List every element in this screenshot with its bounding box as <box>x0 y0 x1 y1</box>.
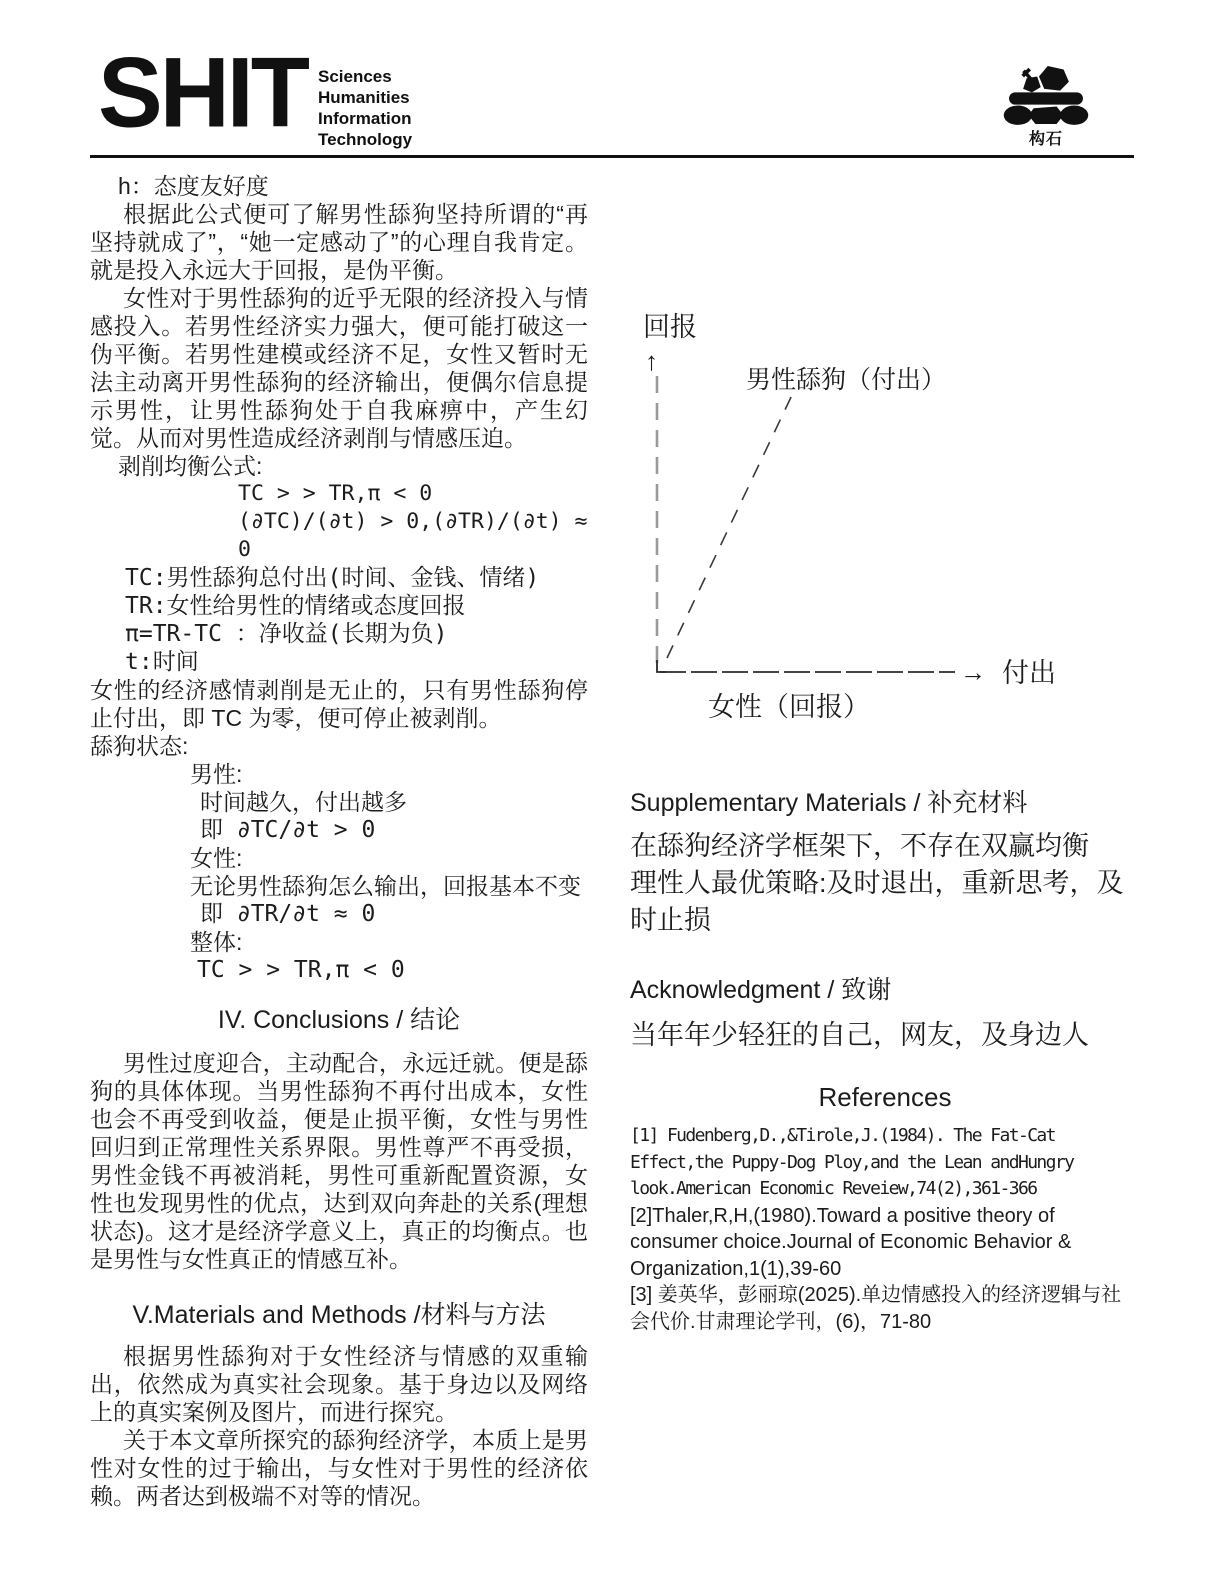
conclusions-heading: IV. Conclusions / 结论 <box>90 1005 588 1035</box>
definition-pi: π=TR-TC ：净收益(长期为负) <box>90 620 588 648</box>
definition-tc: TC:男性舔狗总付出(时间、金钱、情绪) <box>90 564 588 592</box>
status-female-label: 女性: <box>90 844 588 872</box>
paragraph-formula-insight: 根据此公式便可了解男性舔狗坚持所谓的“再坚持就成了”，“她一定感动了”的心理自我… <box>90 200 588 284</box>
chart-series-female-label: 女性（回报） <box>708 692 870 722</box>
header-divider <box>90 155 1134 158</box>
stone-cairn-icon <box>1002 64 1090 126</box>
chart-series-male-line <box>667 393 793 658</box>
paragraph-female-investment: 女性对于男性舔狗的近乎无限的经济投入与情感投入。若男性经济实力强大，便可能打破这… <box>90 284 588 452</box>
publisher-seal-label: 构石 <box>1000 126 1092 149</box>
formula-line-1: TC > > TR,π < 0 <box>90 480 588 508</box>
chart-y-axis-arrow-icon: ↑ <box>645 346 658 376</box>
publisher-seal: 构石 <box>1000 64 1092 149</box>
references-heading: References <box>630 1082 1140 1113</box>
conclusions-body: 男性过度迎合，主动配合，永远迁就。便是舔狗的具体体现。当男性舔狗不再付出成本，女… <box>90 1049 588 1273</box>
supplementary-line: 在舔狗经济学框架下，不存在双赢均衡 <box>630 828 1140 865</box>
left-column: h：态度友好度 根据此公式便可了解男性舔狗坚持所谓的“再坚持就成了”，“她一定感… <box>90 172 588 1510</box>
status-overall-formula: TC > > TR,π < 0 <box>90 956 588 984</box>
chart-series-male-label: 男性舔狗（付出） <box>746 366 946 394</box>
tagline-line: Technology <box>318 129 412 150</box>
methods-paragraph-1: 根据男性舔狗对于女性经济与情感的双重输出，依然成为真实社会现象。基于身边以及网络… <box>90 1342 588 1426</box>
tagline-line: Information <box>318 108 412 129</box>
reference-item: [2]Thaler,R,H,(1980).Toward a positive t… <box>630 1203 1140 1283</box>
status-male-desc: 时间越久，付出越多 <box>90 788 588 816</box>
right-column: 回报 ↑ 男性舔狗（付出） → 付出 女性（回报） Supplementary … <box>630 300 1140 1335</box>
status-female-formula: 即 ∂TR/∂t ≈ 0 <box>90 900 588 928</box>
tagline-line: Humanities <box>318 87 412 108</box>
definition-t: t:时间 <box>90 648 588 676</box>
journal-logo: SHIT <box>98 43 307 142</box>
chart-origin-corner <box>657 660 666 672</box>
variable-definition-h: h：态度友好度 <box>90 172 588 200</box>
status-label: 舔狗状态: <box>90 732 588 760</box>
definition-tr: TR:女性给男性的情绪或态度回报 <box>90 592 588 620</box>
paper-page: SHIT Sciences Humanities Information Tec… <box>0 0 1224 1584</box>
supplementary-line: 理性人最优策略:及时退出，重新思考，及时止损 <box>630 865 1140 939</box>
acknowledgment-body: 当年年少轻狂的自己，网友，及身边人 <box>630 1017 1140 1054</box>
tagline-line: Sciences <box>318 66 412 87</box>
status-overall-label: 整体: <box>90 928 588 956</box>
status-male-label: 男性: <box>90 760 588 788</box>
status-male-formula: 即 ∂TC/∂t > 0 <box>90 816 588 844</box>
payoff-return-chart: 回报 ↑ 男性舔狗（付出） → 付出 女性（回报） <box>630 300 1140 730</box>
reference-item: [1] Fudenberg,D.,&Tirole,J.(1984). The F… <box>630 1123 1140 1203</box>
acknowledgment-heading: Acknowledgment / 致谢 <box>630 975 1140 1005</box>
methods-paragraph-2: 关于本文章所探究的舔狗经济学，本质上是男性对女性的过于输出，与女性对于男性的经济… <box>90 1426 588 1510</box>
chart-y-axis-label: 回报 <box>643 312 697 342</box>
references-list: [1] Fudenberg,D.,&Tirole,J.(1984). The F… <box>630 1123 1140 1335</box>
formula-line-2: (∂TC)/(∂t) > 0,(∂TR)/(∂t) ≈ 0 <box>90 508 588 564</box>
journal-tagline: Sciences Humanities Information Technolo… <box>318 66 412 150</box>
supplementary-body: 在舔狗经济学框架下，不存在双赢均衡 理性人最优策略:及时退出，重新思考，及时止损 <box>630 828 1140 939</box>
equilibrium-formula-label: 剥削均衡公式: <box>90 452 588 480</box>
methods-heading: V.Materials and Methods /材料与方法 <box>90 1300 588 1330</box>
reference-item: [3] 姜英华，彭丽琼(2025).单边情感投入的经济逻辑与社会代价.甘肃理论学… <box>630 1282 1140 1335</box>
chart-x-axis-arrow-icon: → <box>960 657 986 687</box>
supplementary-heading: Supplementary Materials / 补充材料 <box>630 788 1140 818</box>
chart-x-axis-label: 付出 <box>1002 658 1056 688</box>
status-female-desc: 无论男性舔狗怎么输出，回报基本不变 <box>90 872 588 900</box>
paragraph-exploitation: 女性的经济感情剥削是无止的，只有男性舔狗停止付出，即 TC 为零，便可停止被剥削… <box>90 676 588 732</box>
